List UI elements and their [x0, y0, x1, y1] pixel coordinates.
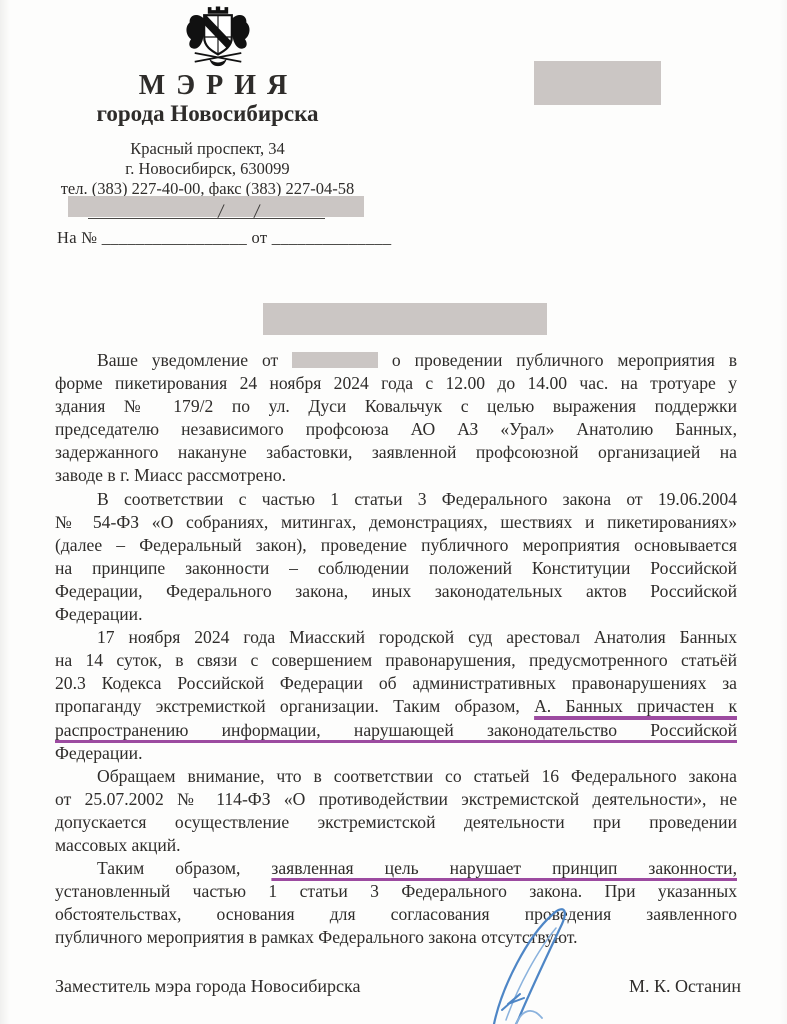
text-segment: № 54-ФЗ «О собраниях, митингах, демонстр… — [55, 512, 737, 532]
text-segment: на 14 суток, в связи с совершением право… — [55, 650, 737, 670]
scanned-letter-page: МЭРИЯ города Новосибирска Красный проспе… — [0, 0, 787, 1024]
text-segment: Ваше уведомление от — [97, 350, 292, 370]
text-segment: Обращаем внимание, что в соответствии со… — [97, 766, 737, 786]
reference-number-line: На № _________________ от ______________ — [57, 228, 391, 248]
document-line: установленный частью 1 статьи 3 Федераль… — [55, 881, 737, 904]
document-line: распространению информации, нарушающей з… — [55, 720, 737, 743]
document-line: (далее – Федеральный закон), проведение … — [55, 535, 737, 558]
document-line: на принципе законности – соблюдении поло… — [55, 558, 737, 581]
document-line: публичного мероприятия в рамках Федераль… — [55, 927, 737, 950]
document-line: обстоятельствах, основания для согласова… — [55, 904, 737, 927]
text-segment: Федерации. — [55, 743, 143, 763]
document-line: Обращаем внимание, что в соответствии со… — [55, 766, 737, 789]
redaction-box-inline — [292, 352, 378, 368]
marker-underlined-text: А. Банных причастен к — [534, 696, 737, 716]
text-segment: 17 ноября 2024 года Миасский городской с… — [97, 627, 737, 647]
document-line: Федерации. — [55, 743, 737, 766]
text-segment: массовых акций. — [55, 835, 181, 855]
document-line: председателю независимого профсоюза АО А… — [55, 419, 737, 442]
handwritten-slash: / — [253, 199, 261, 224]
document-line: Федерации, Федерального закона, иных зак… — [55, 581, 737, 604]
text-segment: Таким образом, — [97, 858, 271, 878]
document-line: Ваше уведомление от о проведении публичн… — [55, 350, 737, 373]
document-line: форме пикетирования 24 ноября 2024 года … — [55, 373, 737, 396]
text-segment: председателю независимого профсоюза АО А… — [55, 419, 737, 439]
handwritten-slash: / — [217, 199, 225, 224]
text-segment: установленный частью 1 статьи 3 Федераль… — [55, 881, 737, 901]
text-segment: пропаганду экстремисткой организации. Та… — [55, 696, 534, 716]
document-line: допускается осуществление экстремистской… — [55, 812, 737, 835]
text-segment: здания № 179/2 по ул. Дуси Ковальчук с ц… — [55, 396, 737, 416]
document-line: пропаганду экстремисткой организации. Та… — [55, 696, 737, 719]
document-line: Федерации. — [55, 604, 737, 627]
redaction-box-addressee — [263, 303, 547, 335]
document-line: 20.3 Кодекса Российской Федерации об адм… — [55, 673, 737, 696]
document-line: В соответствии с частью 1 статьи 3 Федер… — [55, 489, 737, 512]
signer-position-title: Заместитель мэра города Новосибирска — [55, 976, 360, 997]
signer-name: М. К. Останин — [629, 976, 741, 997]
document-line: заводе в г. Миасс рассмотрено. — [55, 465, 737, 488]
document-line: на 14 суток, в связи с совершением право… — [55, 650, 737, 673]
document-line: здания № 179/2 по ул. Дуси Ковальчук с ц… — [55, 396, 737, 419]
document-line: Таким образом, заявленная цель нарушает … — [55, 858, 737, 881]
text-segment: Федерации, Федерального закона, иных зак… — [55, 581, 737, 601]
org-name-line2: города Новосибирска — [30, 101, 385, 127]
redaction-box-top-right — [534, 61, 661, 105]
text-segment: от 25.07.2002 № 114-ФЗ «О противодействи… — [55, 789, 737, 809]
document-line: № 54-ФЗ «О собраниях, митингах, демонстр… — [55, 512, 737, 535]
text-segment: 20.3 Кодекса Российской Федерации об адм… — [55, 673, 737, 693]
marker-underlined-text: заявленная цель нарушает принцип законно… — [271, 858, 737, 878]
novosibirsk-coat-of-arms-icon — [180, 5, 256, 69]
redaction-box-outgoing-number — [68, 196, 364, 217]
document-body: Ваше уведомление от о проведении публичн… — [55, 350, 737, 950]
text-segment: о проведении публичного мероприятия в — [378, 350, 737, 370]
marker-underlined-text: распространению информации, нарушающей з… — [55, 720, 737, 740]
letterhead-number-line — [88, 218, 325, 219]
document-line: 17 ноября 2024 года Миасский городской с… — [55, 627, 737, 650]
address-line2: г. Новосибирск, 630099 — [30, 159, 385, 179]
document-line: от 25.07.2002 № 114-ФЗ «О противодействи… — [55, 789, 737, 812]
address-line1: Красный проспект, 34 — [30, 139, 385, 159]
text-segment: В соответствии с частью 1 статьи 3 Федер… — [97, 489, 737, 509]
org-name-line1: МЭРИЯ — [30, 70, 396, 102]
document-line: задержанного накануне забастовки, заявле… — [55, 442, 737, 465]
text-segment: заводе в г. Миасс рассмотрено. — [55, 465, 286, 485]
text-segment: допускается осуществление экстремистской… — [55, 812, 737, 832]
text-segment: Федерации. — [55, 604, 143, 624]
text-segment: форме пикетирования 24 ноября 2024 года … — [55, 373, 737, 393]
text-segment: обстоятельствах, основания для согласова… — [55, 904, 737, 924]
document-line: массовых акций. — [55, 835, 737, 858]
text-segment: публичного мероприятия в рамках Федераль… — [55, 927, 578, 947]
text-segment: задержанного накануне забастовки, заявле… — [55, 442, 737, 462]
text-segment: на принципе законности – соблюдении поло… — [55, 558, 737, 578]
text-segment: (далее – Федеральный закон), проведение … — [55, 535, 737, 555]
